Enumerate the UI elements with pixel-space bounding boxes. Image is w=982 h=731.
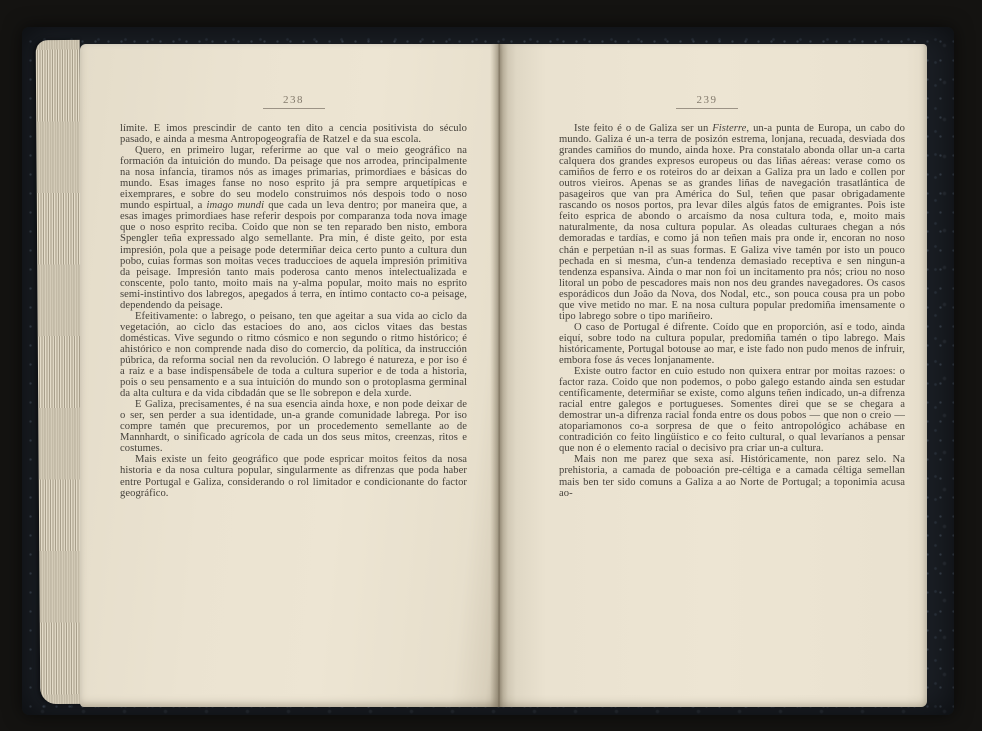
right-header-rule bbox=[676, 108, 738, 109]
paragraph: Mais existe un feito geográfico que pode… bbox=[120, 454, 467, 498]
right-page-content: 239 Iste feito é o de Galiza ser un Fist… bbox=[499, 94, 927, 499]
paragraph: Efeitivamente: o labrego, o peisano, ten… bbox=[120, 311, 467, 399]
paragraph: O caso de Portugal é difrente. Coído que… bbox=[559, 322, 905, 366]
paragraph: Mais non me parez que sexa así. Históric… bbox=[559, 454, 905, 498]
left-page-content: 238 límite. E imos prescindir de canto t… bbox=[80, 94, 499, 499]
left-header-rule bbox=[263, 108, 325, 109]
page-stack-edge bbox=[36, 40, 85, 704]
paragraph: Quero, en primeiro lugar, referirme ao q… bbox=[120, 145, 467, 311]
left-page-header: 238 bbox=[120, 94, 467, 109]
paragraph: Existe outro factor en cuio estudo non q… bbox=[559, 366, 905, 454]
paragraph: E Galiza, precisamentes, é na sua esenci… bbox=[120, 399, 467, 454]
paragraph: Iste feito é o de Galiza ser un Fisterre… bbox=[559, 123, 905, 322]
paragraph: límite. E imos prescindir de canto ten d… bbox=[120, 123, 467, 145]
left-page-number: 238 bbox=[120, 94, 467, 106]
right-page: 239 Iste feito é o de Galiza ser un Fist… bbox=[499, 44, 927, 707]
right-page-header: 239 bbox=[534, 94, 880, 109]
left-page-text: límite. E imos prescindir de canto ten d… bbox=[120, 123, 467, 499]
right-page-number: 239 bbox=[534, 94, 880, 106]
right-page-text: Iste feito é o de Galiza ser un Fisterre… bbox=[559, 123, 905, 499]
open-book-photo: 238 límite. E imos prescindir de canto t… bbox=[0, 0, 982, 731]
left-page: 238 límite. E imos prescindir de canto t… bbox=[80, 44, 499, 707]
